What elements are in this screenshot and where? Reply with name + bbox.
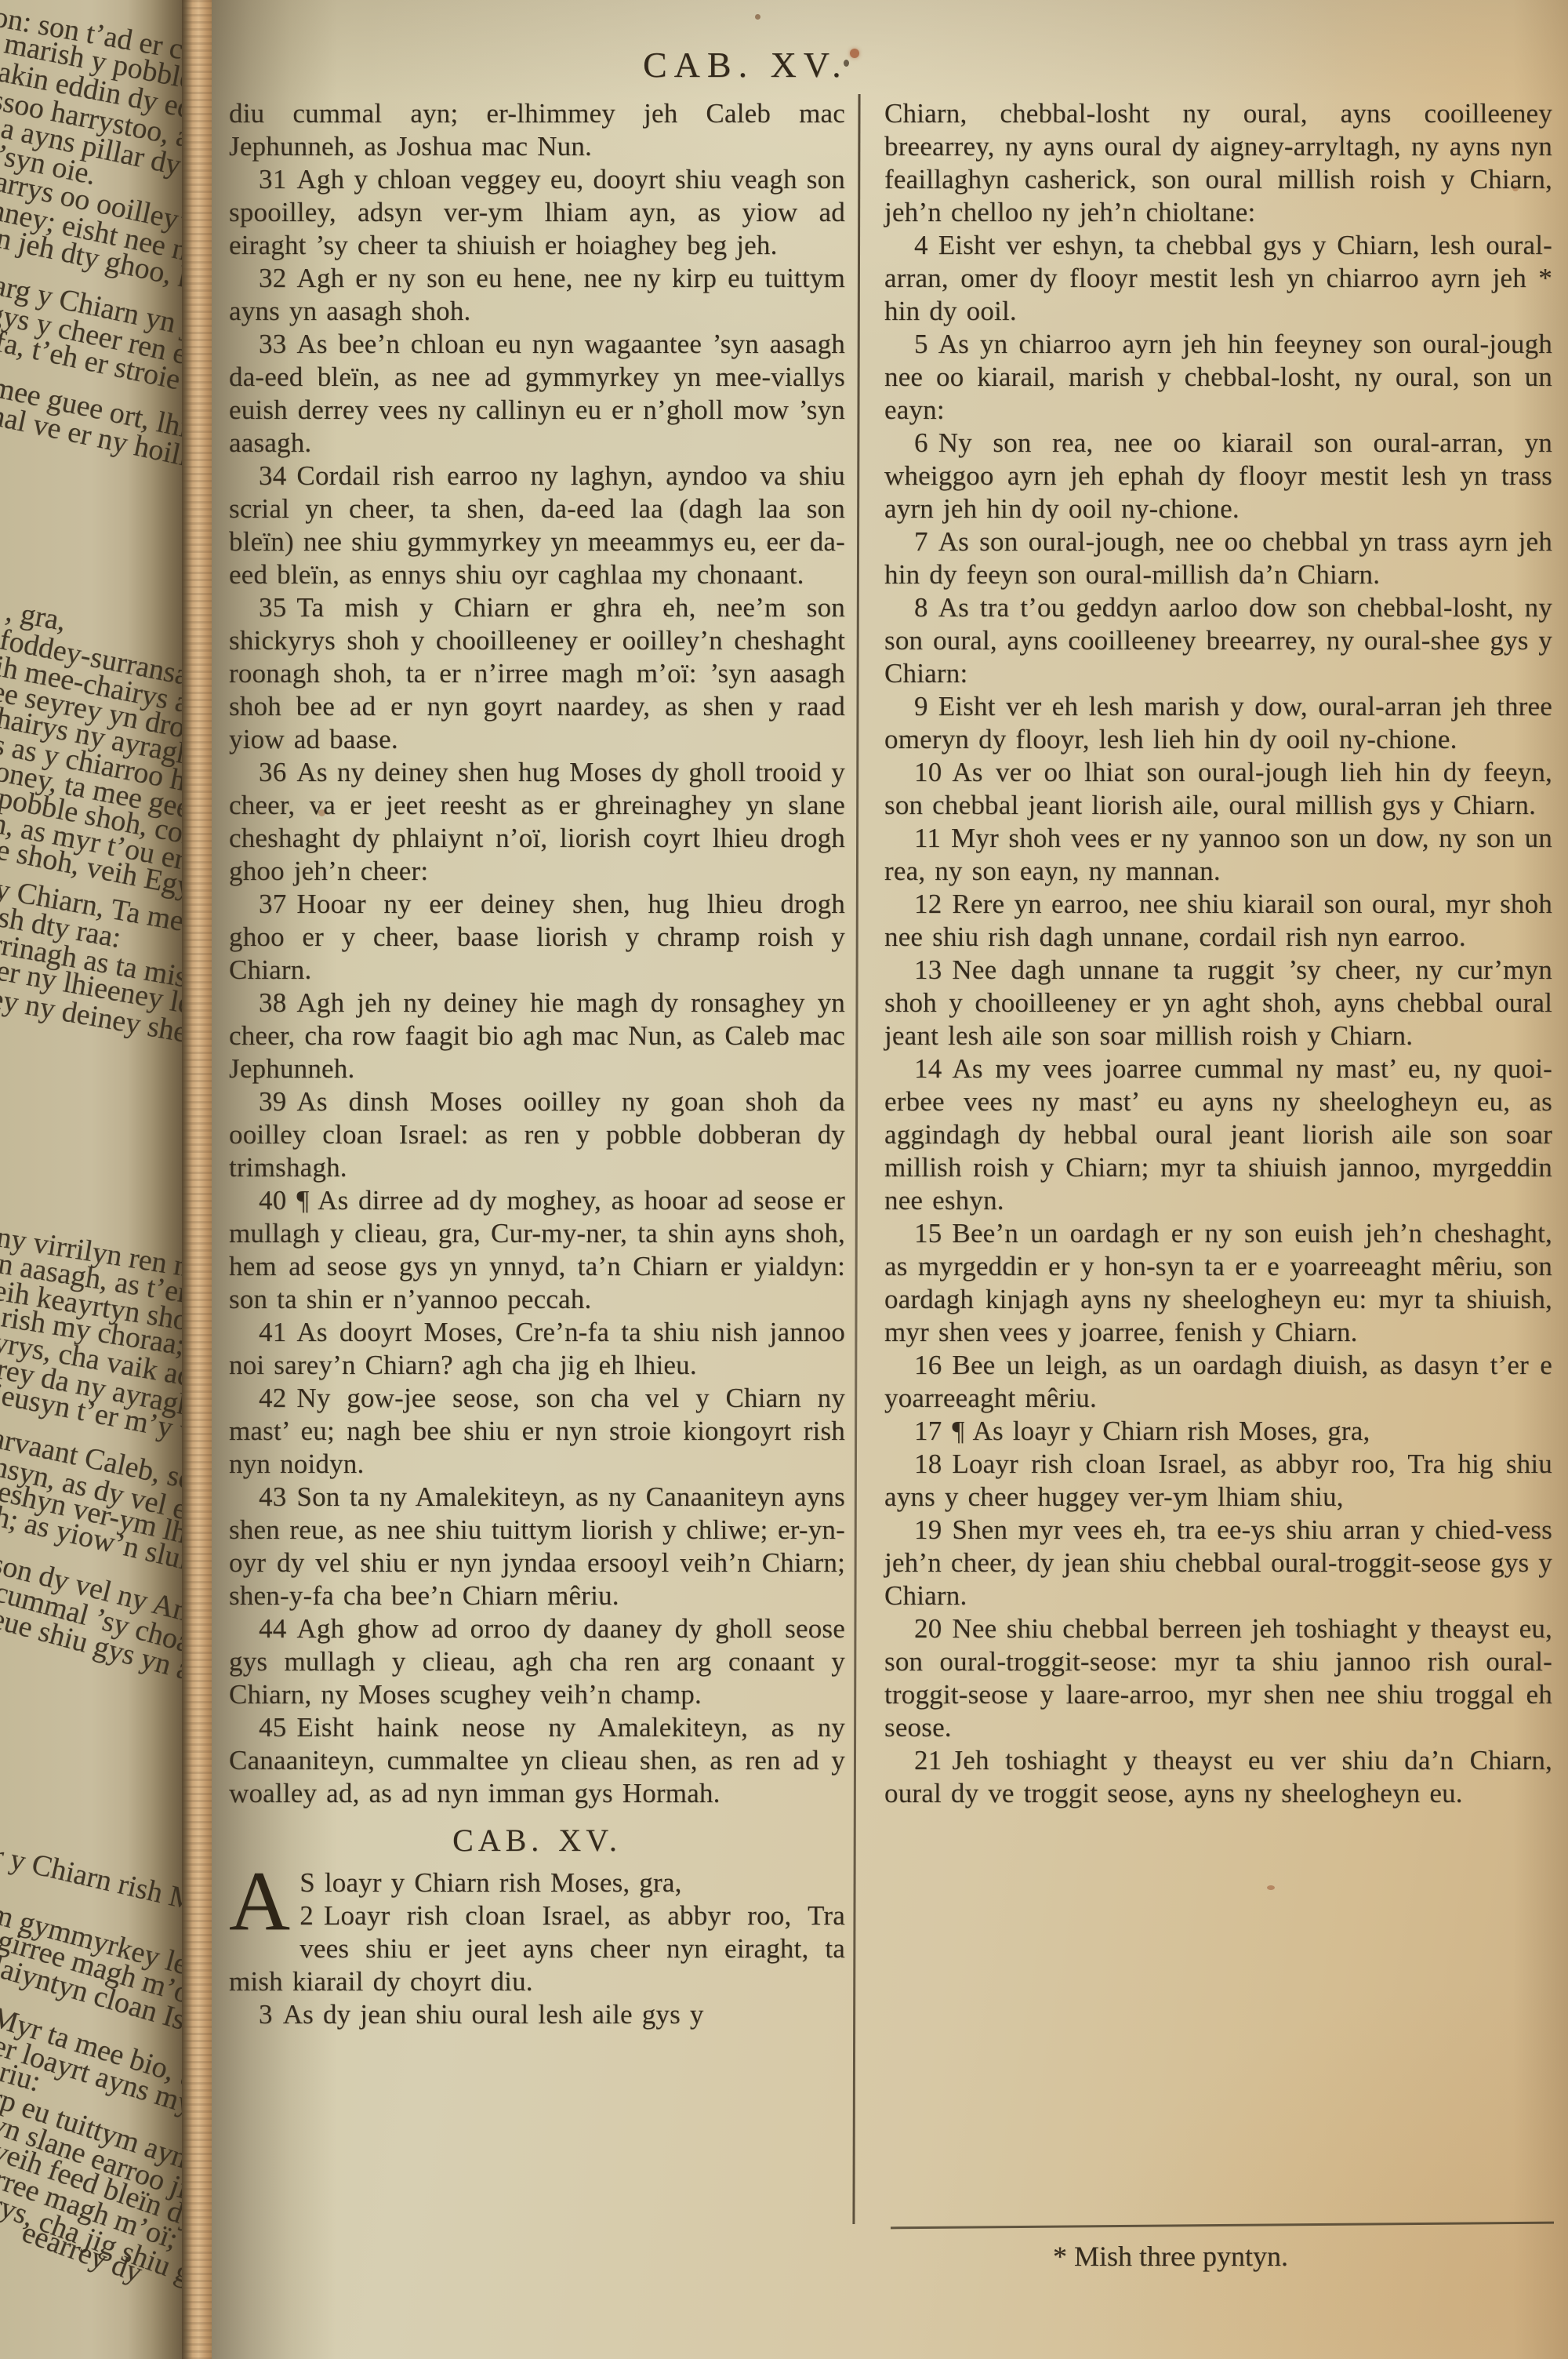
left-column-verses: 31Agh y chloan veggey eu, dooyrt shiu ve… (229, 163, 845, 1810)
verse-number: 17 (914, 1416, 942, 1446)
footnote-rule (891, 2222, 1554, 2229)
verse-paragraph: 36As ny deiney shen hug Moses dy gholl t… (229, 756, 845, 888)
fox-spot (1267, 1885, 1275, 1890)
verse-text: Agh y chloan veggey eu, dooyrt shiu veag… (229, 164, 845, 260)
verse-text: As dinsh Moses ooilley ny goan shoh da o… (229, 1086, 845, 1183)
verse-number: 43 (259, 1481, 286, 1512)
verse-number: 39 (259, 1086, 286, 1117)
verse-paragraph: 10As ver oo lhiat son oural-jough lieh h… (884, 756, 1552, 822)
verse-number: 4 (914, 230, 928, 260)
chapter-opening-paragraph: AS loayr y Chiarn rish Moses, gra, 2Loay… (229, 1866, 845, 1998)
verse-paragraph: 32Agh er ny son eu hene, nee ny kirp eu … (229, 262, 845, 328)
verse-number: 35 (259, 592, 286, 623)
verse-number: 45 (259, 1712, 286, 1743)
fox-spot (755, 14, 760, 20)
verse-text: Eisht ver eshyn, ta chebbal gys y Chiarn… (884, 230, 1552, 326)
book-page-photo: on: son t’ad er chlmarish y pobble shoak… (0, 0, 1568, 2359)
verse-text: As my vees joarree cummal ny mast’ eu, n… (884, 1053, 1552, 1216)
verse-paragraph: 39As dinsh Moses ooilley ny goan shoh da… (229, 1085, 845, 1184)
verse-number: 37 (259, 889, 286, 919)
verse-text: Bee’n un oardagh er ny son euish jeh’n c… (884, 1218, 1552, 1347)
verse-paragraph: 31Agh y chloan veggey eu, dooyrt shiu ve… (229, 163, 845, 262)
verse-number: 20 (914, 1613, 942, 1644)
chapter-heading: CAB. XV. (229, 1824, 845, 1857)
verse-paragraph: 33As bee’n chloan eu nyn wagaantee ’syn … (229, 328, 845, 460)
verse-number: 34 (259, 460, 286, 491)
verse-text: S loayr y Chiarn rish Moses, gra, (299, 1867, 681, 1898)
verse-number: 40 (259, 1185, 286, 1216)
verse-text: Loayr rish cloan Israel, as abbyr roo, T… (884, 1448, 1552, 1512)
verse-number: 41 (259, 1317, 286, 1347)
verse-text: As son oural-jough, nee oo chebbal yn tr… (884, 526, 1552, 590)
verse-text: As yn chiarroo ayrn jeh hin feeyney son … (884, 329, 1552, 425)
verse-paragraph: 38Agh jeh ny deiney hie magh dy ronsaghe… (229, 987, 845, 1085)
verse-number: 14 (914, 1053, 942, 1084)
verse-text: Eisht haink neose ny Amalekiteyn, as ny … (229, 1712, 845, 1808)
verse-text: Agh ghow ad orroo dy daaney dy gholl seo… (229, 1613, 845, 1710)
verse-text: As ver oo lhiat son oural-jough lieh hin… (884, 757, 1552, 820)
verse-number: 8 (914, 592, 928, 623)
verse-text: Nee dagh unnane ta ruggit ’sy cheer, ny … (884, 954, 1552, 1051)
verse-paragraph: 41As dooyrt Moses, Cre’n-fa ta shiu nish… (229, 1316, 845, 1382)
verse-paragraph: 11Myr shoh vees er ny yannoo son un dow,… (884, 822, 1552, 888)
verse-number: 16 (914, 1350, 942, 1380)
verse-paragraph: 9Eisht ver eh lesh marish y dow, oural-a… (884, 690, 1552, 756)
verse-text: Bee un leigh, as un oardagh diuish, as d… (884, 1350, 1552, 1413)
verse-text: Hooar ny eer deiney shen, hug lhieu drog… (229, 889, 845, 985)
verse-text: As dooyrt Moses, Cre’n-fa ta shiu nish j… (229, 1317, 845, 1380)
verse-paragraph: 15Bee’n un oardagh er ny son euish jeh’n… (884, 1217, 1552, 1349)
verse-number: 5 (914, 329, 928, 359)
verse-paragraph: 35Ta mish y Chiarn er ghra eh, nee’m son… (229, 591, 845, 756)
verse-text: As bee’n chloan eu nyn wagaantee ’syn aa… (229, 329, 845, 458)
verse-paragraph: 17¶ As loayr y Chiarn rish Moses, gra, (884, 1415, 1552, 1448)
verse-text: Eisht ver eh lesh marish y dow, oural-ar… (884, 691, 1552, 754)
running-head: CAB. XV. (643, 44, 831, 85)
page-edge (182, 0, 212, 2359)
continuation-paragraph: diu cummal ayn; er-lhimmey jeh Caleb mac… (229, 97, 845, 163)
verse-number: 32 (259, 263, 286, 293)
verse-paragraph: 5As yn chiarroo ayrn jeh hin feeyney son… (884, 328, 1552, 427)
verse-number: 19 (914, 1514, 942, 1545)
right-column-verses: 4Eisht ver eshyn, ta chebbal gys y Chiar… (884, 229, 1552, 1810)
verse-text: Ny son rea, nee oo kiarail son oural-arr… (884, 427, 1552, 524)
verse-paragraph: 3As dy jean shiu oural lesh aile gys y (229, 1998, 845, 2031)
footnote: * Mish three pyntyn. (884, 2240, 1457, 2273)
verse-paragraph: 21Jeh toshiaght y theayst eu ver shiu da… (884, 1744, 1552, 1810)
verse-text: Cordail rish earroo ny laghyn, ayndoo va… (229, 460, 845, 590)
verse-paragraph: 7As son oural-jough, nee oo chebbal yn t… (884, 525, 1552, 591)
verse-text: Shen myr vees eh, tra ee-ys shiu arran y… (884, 1514, 1552, 1611)
verse-paragraph: 6Ny son rea, nee oo kiarail son oural-ar… (884, 427, 1552, 525)
verse-paragraph: 18Loayr rish cloan Israel, as abbyr roo,… (884, 1448, 1552, 1514)
verse-paragraph: 40¶ As dirree ad dy moghey, as hooar ad … (229, 1184, 845, 1316)
verse-paragraph: 16Bee un leigh, as un oardagh diuish, as… (884, 1349, 1552, 1415)
verse-number: 38 (259, 987, 286, 1018)
verse-number: 15 (914, 1218, 942, 1249)
verse-number: 21 (914, 1745, 942, 1776)
verse-text: Ny gow-jee seose, son cha vel y Chiarn n… (229, 1383, 845, 1479)
verse-text: Son ta ny Amalekiteyn, as ny Canaaniteyn… (229, 1481, 845, 1611)
verse-number: 13 (914, 954, 942, 985)
verse-paragraph: 14As my vees joarree cummal ny mast’ eu,… (884, 1052, 1552, 1217)
verse-text: As ny deiney shen hug Moses dy gholl tro… (229, 757, 845, 886)
verse-text: As dy jean shiu oural lesh aile gys y (283, 1999, 704, 2030)
verse-number: 31 (259, 164, 286, 194)
left-column: diu cummal ayn; er-lhimmey jeh Caleb mac… (229, 97, 845, 2031)
verse-number: 10 (914, 757, 942, 787)
column-divider-rule (852, 94, 860, 2224)
verse-text: Ta mish y Chiarn er ghra eh, nee’m son s… (229, 592, 845, 754)
continuation-paragraph: Chiarn, chebbal-losht ny oural, ayns coo… (884, 97, 1552, 229)
verse-number: 42 (259, 1383, 286, 1413)
verse-number: 33 (259, 329, 286, 359)
verse-paragraph: 37Hooar ny eer deiney shen, hug lhieu dr… (229, 888, 845, 987)
verse-number: 11 (914, 823, 941, 853)
verse-number: 12 (914, 889, 942, 919)
verse-number: 3 (259, 1999, 273, 2030)
fox-spot (850, 49, 859, 58)
verse-text: Myr shoh vees er ny yannoo son un dow, n… (884, 823, 1552, 886)
verse-paragraph: 20Nee shiu chebbal berreen jeh toshiaght… (884, 1612, 1552, 1744)
drop-cap: A (229, 1870, 290, 1934)
verse-text: ¶ As dirree ad dy moghey, as hooar ad se… (229, 1185, 845, 1314)
verse-number: 6 (914, 427, 928, 458)
verse-text: Jeh toshiaght y theayst eu ver shiu da’n… (884, 1745, 1552, 1808)
verse-paragraph: 12Rere yn earroo, nee shiu kiarail son o… (884, 888, 1552, 954)
verse-number: 44 (259, 1613, 286, 1644)
right-column: Chiarn, chebbal-losht ny oural, ayns coo… (884, 97, 1552, 1810)
verse-number: 9 (914, 691, 928, 722)
verse-number: 2 (299, 1900, 314, 1931)
verse-paragraph: 19Shen myr vees eh, tra ee-ys shiu arran… (884, 1514, 1552, 1612)
verse-text: ¶ As loayr y Chiarn rish Moses, gra, (952, 1416, 1370, 1446)
verse-paragraph: 43Son ta ny Amalekiteyn, as ny Canaanite… (229, 1481, 845, 1612)
verse-number: 36 (259, 757, 286, 787)
verse-text: Agh jeh ny deiney hie magh dy ronsaghey … (229, 987, 845, 1084)
verse-paragraph: 4Eisht ver eshyn, ta chebbal gys y Chiar… (884, 229, 1552, 328)
verse-number: 18 (914, 1448, 942, 1479)
verse-text: Rere yn earroo, nee shiu kiarail son our… (884, 889, 1552, 952)
verse-text: Agh er ny son eu hene, nee ny kirp eu tu… (229, 263, 845, 326)
verse-paragraph: 8As tra t’ou geddyn aarloo dow son chebb… (884, 591, 1552, 690)
verse-paragraph: 13Nee dagh unnane ta ruggit ’sy cheer, n… (884, 954, 1552, 1052)
facing-page: on: son t’ad er chlmarish y pobble shoak… (0, 0, 182, 2359)
verse-paragraph: 42Ny gow-jee seose, son cha vel y Chiarn… (229, 1382, 845, 1481)
verse-paragraph: 34Cordail rish earroo ny laghyn, ayndoo … (229, 460, 845, 591)
verse-text: Loayr rish cloan Israel, as abbyr roo, T… (229, 1900, 845, 1997)
verse-text: As tra t’ou geddyn aarloo dow son chebba… (884, 592, 1552, 689)
verse-text: Nee shiu chebbal berreen jeh toshiaght y… (884, 1613, 1552, 1743)
ink-speck (844, 60, 849, 67)
verse-paragraph: 45Eisht haink neose ny Amalekiteyn, as n… (229, 1711, 845, 1810)
verse-paragraph: 44Agh ghow ad orroo dy daaney dy gholl s… (229, 1612, 845, 1711)
verse-number: 7 (914, 526, 928, 557)
